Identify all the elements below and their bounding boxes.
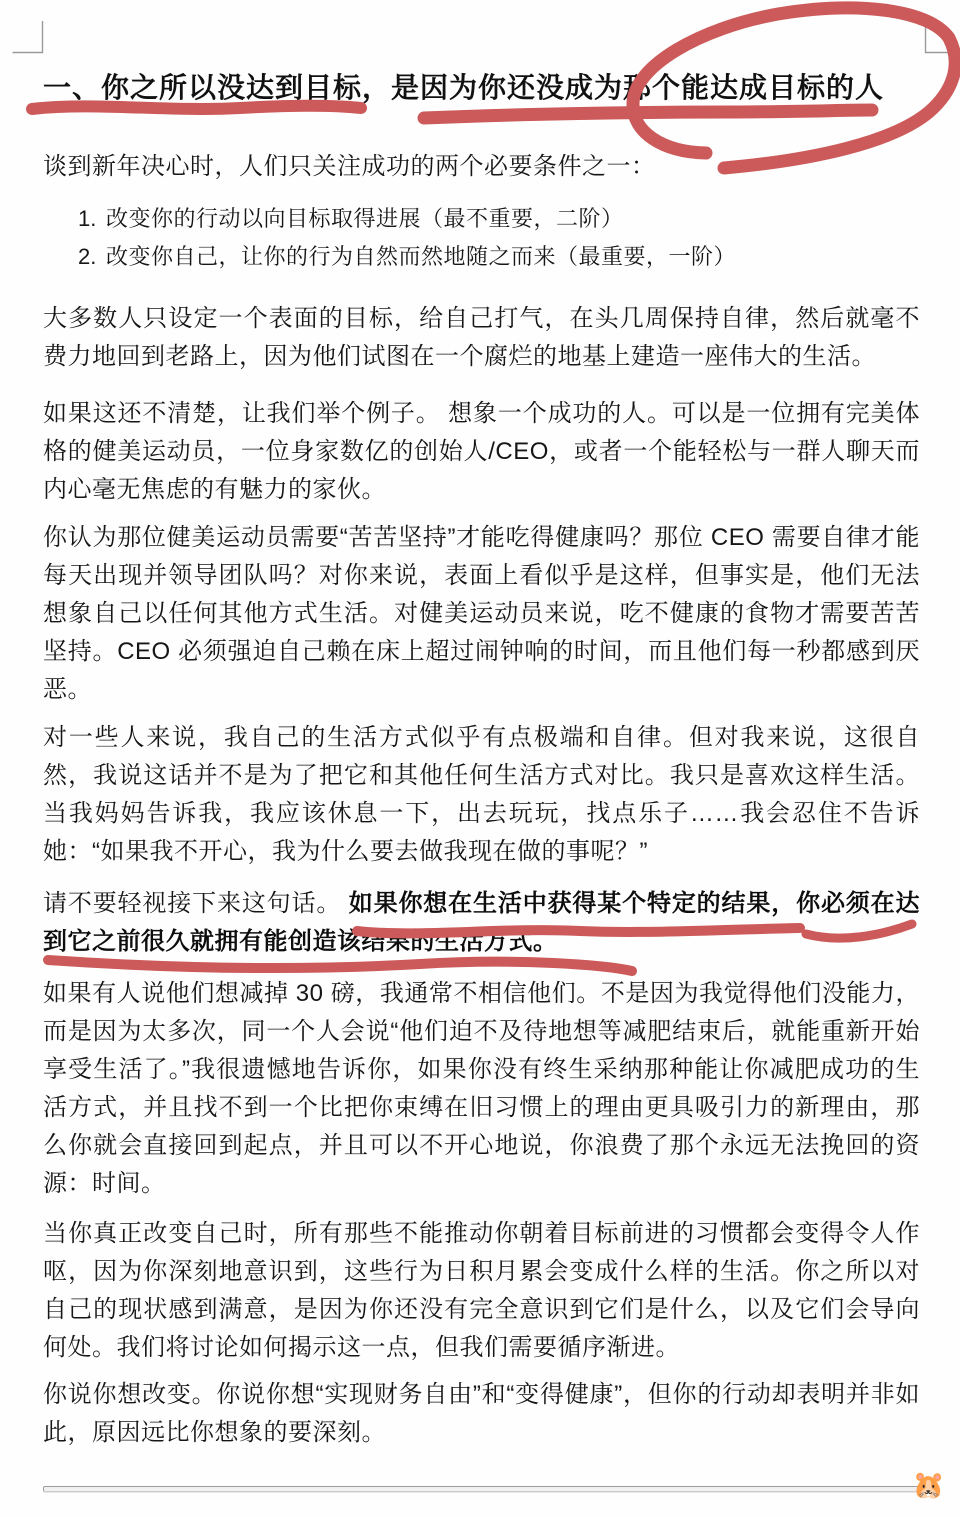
paragraph-example: 如果这还不清楚，让我们举个例子。 想象一个成功的人。可以是一位拥有完美体格的健美… xyxy=(43,395,920,509)
paragraph-own-lifestyle: 对一些人来说，我自己的生活方式似乎有点极端和自律。但对我来说，这很自然，我说这话… xyxy=(43,719,920,871)
paragraph-you-say-change: 你说你想改变。你说你想“实现财务自由”和“变得健康”，但你的行动却表明并非如此，… xyxy=(43,1376,920,1452)
paragraph-foundation: 大多数人只设定一个表面的目标，给自己打气，在头几周保持自律，然后就毫不费力地回到… xyxy=(43,300,920,376)
paragraph-bodybuilder-ceo: 你认为那位健美运动员需要“苦苦坚持”才能吃得健康吗？那位 CEO 需要自律才能每… xyxy=(43,519,920,709)
paragraph-lose-30-pounds: 如果有人说他们想减掉 30 磅，我通常不相信他们。不是因为我觉得他们没能力，而是… xyxy=(43,975,920,1203)
intro-paragraph: 谈到新年决心时，人们只关注成功的两个必要条件之一： xyxy=(43,148,920,186)
page-title: 一、你之所以没达到目标，是因为你还没成为那个能达成目标的人 xyxy=(43,0,920,106)
list-item-marker: 2. xyxy=(78,238,106,276)
emphasis-paragraph: 请不要轻视接下来这句话。 如果你想在生活中获得某个特定的结果，你必须在达到它之前… xyxy=(43,885,920,961)
numbered-list: 1. 改变你的行动以向目标取得进展（最不重要，二阶） 2. 改变你自己，让你的行… xyxy=(43,200,920,276)
document-content: 一、你之所以没达到目标，是因为你还没成为那个能达成目标的人 谈到新年决心时，人们… xyxy=(0,0,960,1452)
list-item-text: 改变你的行动以向目标取得进展（最不重要，二阶） xyxy=(106,200,920,238)
document-page: 一、你之所以没达到目标，是因为你还没成为那个能达成目标的人 谈到新年决心时，人们… xyxy=(0,0,960,1517)
list-item: 1. 改变你的行动以向目标取得进展（最不重要，二阶） xyxy=(43,200,920,238)
list-item: 2. 改变你自己，让你的行为自然而然地随之而来（最重要，一阶） xyxy=(43,238,920,276)
paragraph-real-change: 当你真正改变自己时，所有那些不能推动你朝着目标前进的习惯都会变得令人作呕，因为你… xyxy=(43,1215,920,1367)
progress-bar[interactable] xyxy=(43,1486,923,1492)
emphasis-lead-text: 请不要轻视接下来这句话。 xyxy=(43,890,349,917)
list-item-text: 改变你自己，让你的行为自然而然地随之而来（最重要，一阶） xyxy=(106,238,920,276)
list-item-marker: 1. xyxy=(78,200,106,238)
hamster-mascot-icon[interactable]: 🐹 xyxy=(913,1472,945,1499)
